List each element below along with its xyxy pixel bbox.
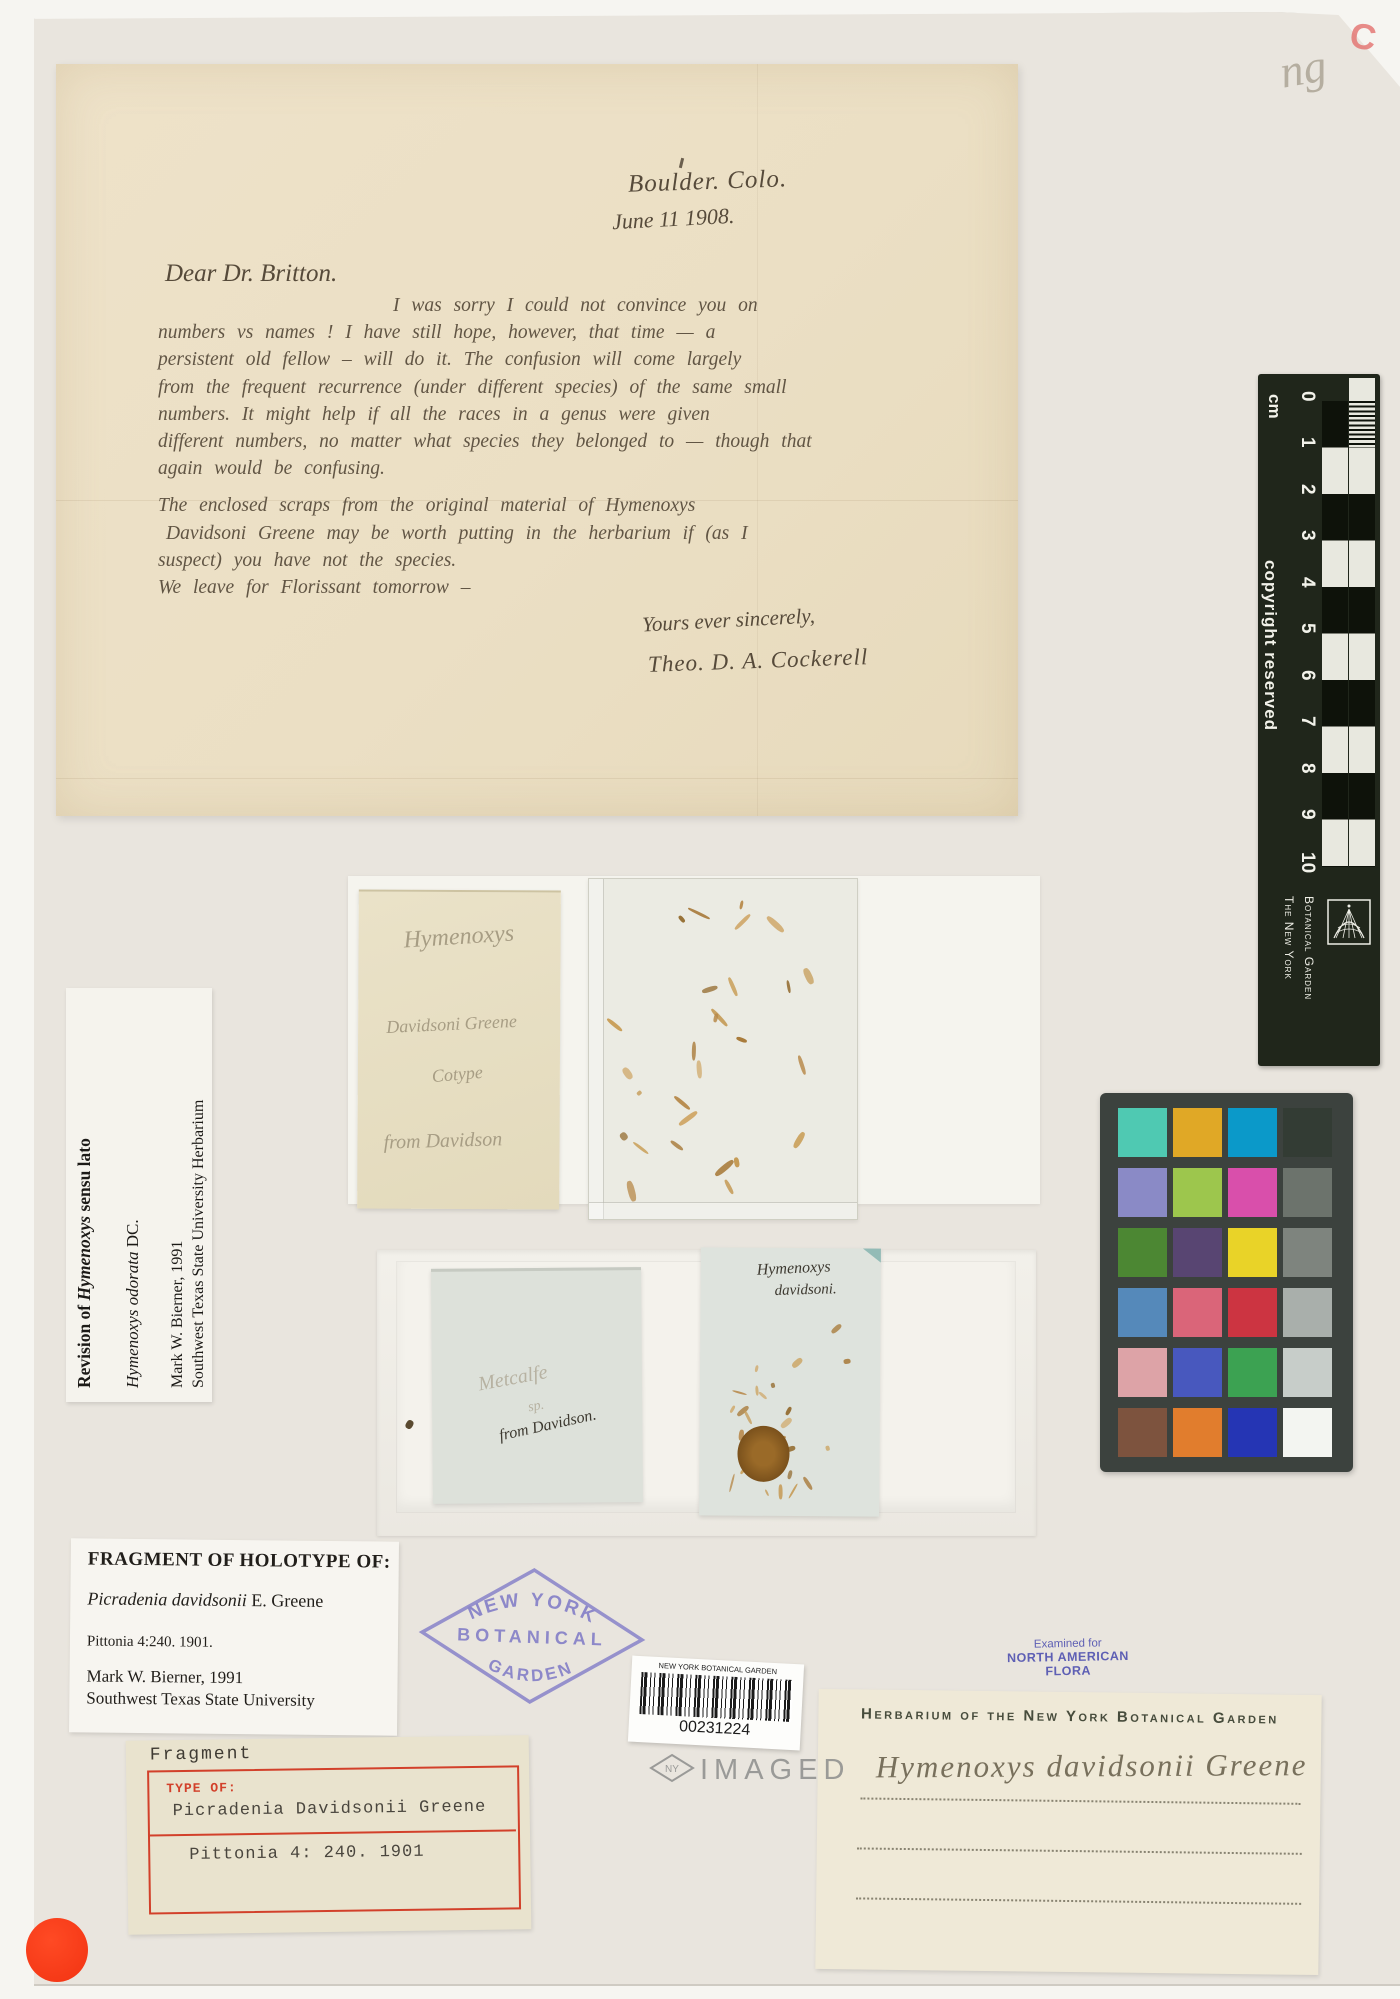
color-swatch	[1228, 1168, 1277, 1217]
ruler-tick-label: 8	[1292, 763, 1318, 774]
genus-name: Hymenoxys	[74, 1216, 94, 1301]
barcode	[639, 1672, 793, 1722]
plant-fragment	[790, 1357, 802, 1369]
plant-fragments	[699, 1247, 881, 1516]
letter-date: June 11 1908.	[611, 203, 735, 235]
plant-fragment	[797, 1055, 807, 1075]
plant-fragment	[702, 985, 719, 994]
plant-fragment	[714, 1158, 735, 1177]
color-swatch	[1173, 1408, 1222, 1457]
handwritten-letter: Boulder. Colo. June 11 1908. Dear Dr. Br…	[56, 64, 1018, 816]
examined-line2: NORTH AMERICAN FLORA	[988, 1649, 1148, 1680]
label-author: Mark W. Bierner, 1991	[86, 1666, 243, 1688]
plant-fragment	[678, 915, 686, 923]
letter-line: different numbers, no matter what specie…	[158, 428, 1038, 455]
barcode-label: NEW YORK BOTANICAL GARDEN 00231224	[628, 1656, 804, 1751]
plant-fragment	[787, 1470, 793, 1480]
plant-fragment	[739, 900, 744, 909]
letter-line: numbers vs names ! I have still hope, ho…	[158, 319, 1038, 346]
letter-line: from the frequent recurrence (under diff…	[158, 374, 1038, 401]
letter-valediction: Yours ever sincerely,	[641, 603, 815, 637]
imaged-text: IMAGED	[700, 1754, 850, 1787]
plant-fragment	[691, 1041, 696, 1060]
plant-fragment	[728, 1474, 735, 1493]
ruler-tick-label: 3	[1292, 530, 1318, 541]
imaged-stamp: NY IMAGED	[648, 1752, 696, 1789]
label-institution: Southwest Texas State University Herbari…	[188, 988, 209, 1388]
holotype-title: FRAGMENT OF HOLOTYPE OF:	[88, 1548, 391, 1573]
species-author: E. Greene	[247, 1590, 324, 1611]
color-swatch	[1118, 1108, 1167, 1157]
ruler-tick-label: 7	[1292, 716, 1318, 727]
plant-fragment	[758, 1391, 768, 1400]
color-swatch	[1283, 1228, 1332, 1277]
plant-fragment	[792, 1130, 806, 1149]
ruler-tick-label: 0	[1292, 391, 1318, 402]
label-author: Mark W. Bierner, 1991	[167, 988, 188, 1388]
sheet-bottom-edge	[34, 1984, 1400, 1986]
plant-fragment	[673, 1095, 691, 1111]
color-swatch	[1173, 1288, 1222, 1337]
species-name: Hymenoxys odorata	[123, 1252, 142, 1388]
packet-inscription: Davidsoni Greene	[386, 1011, 518, 1038]
packet-inscription: from Davidson	[383, 1128, 502, 1155]
color-swatch	[1228, 1228, 1277, 1277]
packet-inscription: Hymenoxys	[403, 920, 515, 954]
letter-line: I was sorry I could not convince you on	[158, 292, 1038, 319]
dotted-line	[860, 1797, 1300, 1804]
ruler-tick-label: 4	[1292, 577, 1318, 588]
ruler-copyright-text: copyright reserved	[1260, 560, 1280, 860]
plant-fragment	[802, 967, 815, 985]
ruler-tick-label: 6	[1292, 670, 1318, 681]
ruler-unit-label: cm	[1264, 394, 1284, 419]
color-swatch	[1283, 1108, 1332, 1157]
color-swatch	[1173, 1228, 1222, 1277]
plant-fragment	[764, 914, 785, 934]
plant-fragment	[778, 1485, 782, 1500]
ruler-institution-line2: Botanical Garden	[1302, 896, 1316, 1066]
plant-fragment	[626, 1180, 638, 1202]
color-swatch	[1283, 1288, 1332, 1337]
color-swatch	[1228, 1108, 1277, 1157]
scale-ruler: cm 0 1 2 3 4 5 6 7 8 9 10 copyright rese…	[1258, 374, 1380, 1066]
plant-fragment	[724, 1179, 735, 1195]
plant-fragment	[802, 1476, 813, 1491]
ny-diamond-icon: NY	[648, 1752, 696, 1784]
svg-text:NEW YORK: NEW YORK	[464, 1587, 601, 1628]
revision-label-text: Revision of Hymenoxys sensu lato Hymenox…	[66, 988, 212, 1402]
typed-citation: Pittonia 4: 240. 1901	[189, 1843, 424, 1865]
plant-fragment	[770, 1382, 775, 1388]
plant-fragment	[733, 1157, 740, 1167]
ruler-tick-label: 2	[1292, 484, 1318, 495]
type-of-text: TYPE OF:	[166, 1780, 237, 1796]
color-swatch	[1173, 1348, 1222, 1397]
citation: Pittonia 4:240. 1901.	[87, 1633, 213, 1651]
plant-fragment	[764, 1489, 769, 1497]
plant-fragment	[678, 1110, 698, 1127]
plant-fragment	[755, 1386, 759, 1397]
plant-fragment	[636, 1090, 642, 1096]
species-name: Picradenia davidsonii	[87, 1588, 247, 1610]
plant-fragment	[729, 1405, 735, 1413]
plant-fragment	[825, 1446, 830, 1451]
color-swatch	[1173, 1168, 1222, 1217]
plant-fragment	[696, 1060, 703, 1079]
plant-fragment	[728, 976, 739, 996]
plant-fragment	[734, 913, 751, 930]
stamp-text: BOTANICAL	[457, 1624, 607, 1649]
specimen-packet-top-left: Hymenoxys Davidsoni Greene Cotype from D…	[357, 889, 561, 1209]
plant-fragment	[606, 1018, 624, 1033]
color-swatch	[1118, 1168, 1167, 1217]
ruler-tick-label: 5	[1292, 623, 1318, 634]
plant-fragment	[736, 1037, 748, 1044]
color-swatch	[1118, 1348, 1167, 1397]
fold-crease	[56, 778, 1018, 779]
letter-line: again would be confusing.	[158, 455, 1038, 482]
color-swatch	[1283, 1348, 1332, 1397]
plant-fragment	[785, 1406, 793, 1416]
label-institution: Southwest Texas State University	[86, 1688, 315, 1710]
pen-tick-mark	[679, 158, 684, 168]
fragment-heading: Fragment	[150, 1744, 253, 1765]
letter-salutation: Dear Dr. Britton.	[165, 260, 337, 288]
plant-fragments	[589, 879, 857, 1219]
plant-fragment	[744, 1410, 753, 1424]
letter-line: numbers. It might help if all the races …	[158, 401, 1038, 428]
letter-body: I was sorry I could not convince you on …	[158, 292, 1038, 601]
plant-fragment	[830, 1323, 842, 1334]
glassine-envelope	[588, 878, 858, 1220]
letter-line: Davidsoni Greene may be worth putting in…	[158, 520, 1038, 547]
specimen-paper-left: Metcalfe sp. from Davidson.	[431, 1267, 643, 1504]
ruler-tick-label: 10	[1292, 852, 1318, 873]
red-dot-sticker	[26, 1918, 88, 1982]
author-abbrev: DC.	[123, 1219, 142, 1251]
letter-line: persistent old fellow – will do it. The …	[158, 346, 1038, 373]
ruler-checker-column	[1349, 378, 1375, 867]
color-swatch	[1228, 1348, 1277, 1397]
plant-fragment	[786, 980, 792, 993]
ink-note: from Davidson.	[498, 1406, 599, 1445]
color-swatch	[1118, 1228, 1167, 1277]
plant-fragment	[843, 1359, 851, 1364]
specimen-paper-right: Hymenoxys davidsoni.	[699, 1247, 881, 1516]
plant-fragment	[754, 1365, 759, 1372]
ruler-tick-label: 9	[1292, 809, 1318, 820]
plant-fragment	[788, 1483, 799, 1499]
pencil-annotation: ng	[1276, 38, 1331, 98]
stamp-text: NEW YORK	[464, 1587, 601, 1628]
color-calibration-card	[1100, 1093, 1353, 1472]
letter-signature: Theo. D. A. Cockerell	[648, 644, 869, 678]
faint-inscription: sp.	[527, 1398, 546, 1417]
plant-fragment	[732, 1390, 747, 1396]
ruler-mm-hatch	[1349, 401, 1375, 447]
color-swatch	[1118, 1408, 1167, 1457]
color-swatch	[1228, 1408, 1277, 1457]
ruler-institution-line1: The New York	[1282, 896, 1296, 1061]
revision-label: Revision of Hymenoxys sensu lato Hymenox…	[66, 988, 212, 1402]
nybg-dome-logo-icon	[1326, 898, 1372, 946]
ruler-checker-column	[1322, 401, 1348, 867]
label-text: Revision of	[74, 1301, 94, 1389]
color-swatch	[1283, 1408, 1332, 1457]
letter-line: The enclosed scraps from the original ma…	[158, 492, 1038, 519]
ruler-tick-label: 1	[1292, 437, 1318, 448]
color-swatch	[1228, 1288, 1277, 1337]
packet-inscription: Cotype	[431, 1062, 484, 1087]
color-swatch	[1283, 1168, 1332, 1217]
letter-line: We leave for Florissant tomorrow –	[158, 574, 1038, 601]
label-text: sensu lato	[74, 1138, 94, 1216]
faint-inscription: Metcalfe	[476, 1361, 549, 1396]
plant-fragment	[632, 1141, 649, 1156]
plant-fragment	[619, 1131, 629, 1141]
herbarium-handwritten-name: Hymenoxys davidsonii Greene	[876, 1747, 1308, 1785]
examined-stamp: Examined for NORTH AMERICAN FLORA	[988, 1637, 1149, 1680]
color-swatch	[1118, 1288, 1167, 1337]
plant-fragment	[780, 1416, 794, 1429]
plant-fragment-clump	[737, 1426, 789, 1482]
herbarium-label: Herbarium of the New York Botanical Gard…	[815, 1689, 1321, 1975]
herbarium-label-header: Herbarium of the New York Botanical Gard…	[818, 1705, 1321, 1728]
plant-fragment	[688, 907, 711, 920]
fragment-type-label: Fragment TYPE OF: Picradenia Davidsonii …	[126, 1735, 532, 1935]
color-swatch	[1173, 1108, 1222, 1157]
letter-line: suspect) you have not the species.	[158, 547, 1038, 574]
plant-fragment	[621, 1066, 634, 1081]
dotted-line	[857, 1847, 1302, 1854]
holotype-label: FRAGMENT OF HOLOTYPE OF: Picradenia davi…	[69, 1538, 399, 1735]
plant-fragment	[669, 1139, 684, 1152]
dotted-line	[856, 1897, 1301, 1904]
letter-place: Boulder. Colo.	[628, 165, 788, 199]
stamp-logo-text: NY	[665, 1764, 679, 1775]
nybg-diamond-stamp: NEW YORK BOTANICAL GARDEN	[409, 1558, 654, 1716]
